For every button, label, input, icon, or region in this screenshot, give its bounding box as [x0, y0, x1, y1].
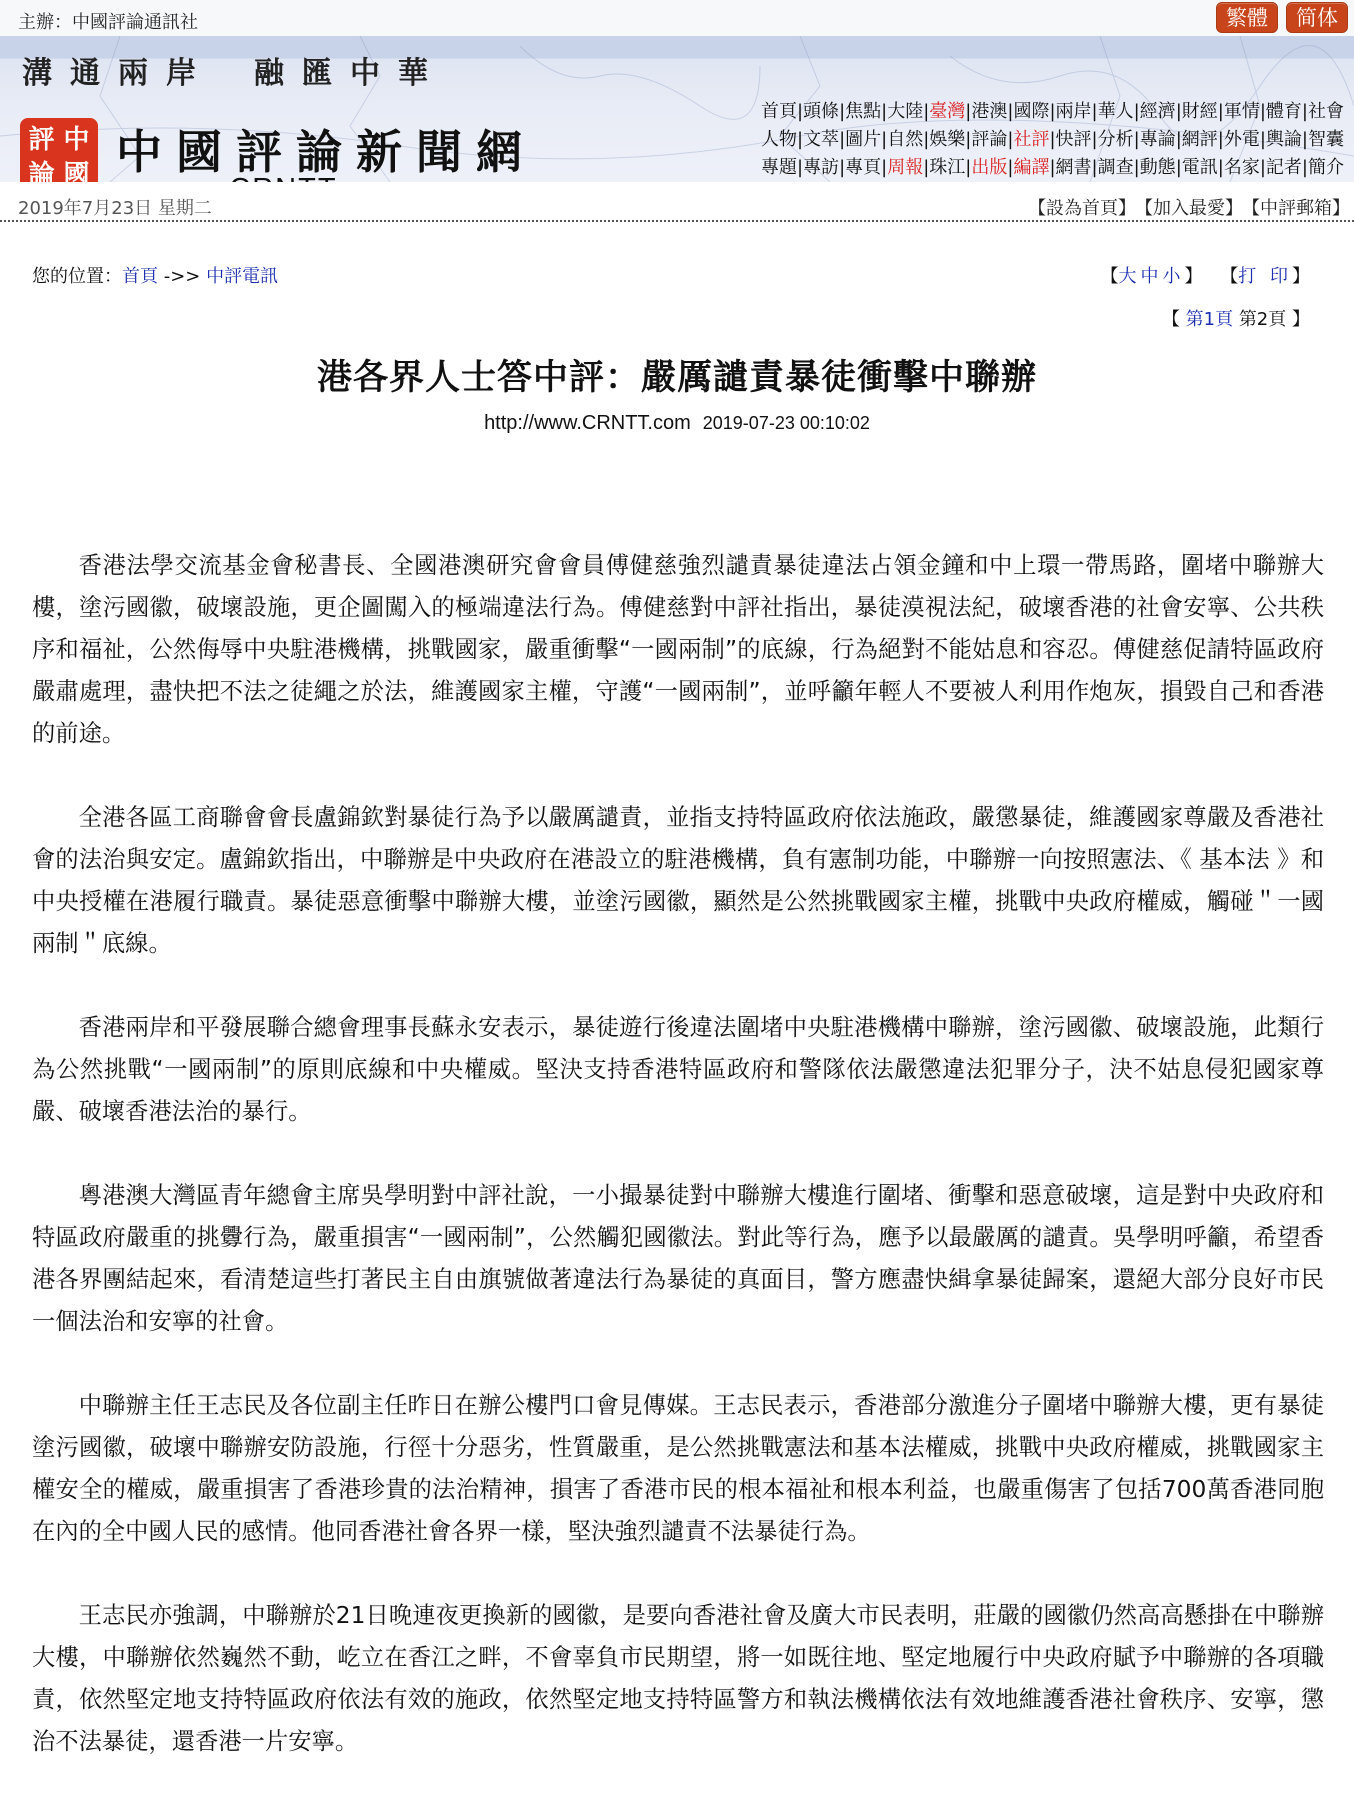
top-strip: 主辦：中國評論通訊社 繁體 简体 [0, 0, 1354, 36]
nav-link[interactable]: 周報 [887, 157, 923, 178]
article-paragraph: 粵港澳大灣區青年總會主席吳學明對中評社說，一小撮暴徒對中聯辦大樓進行圍堵、衝擊和… [32, 1175, 1324, 1343]
nav-row-3: 專題|專訪|專頁|周報|珠江|出版|編譯|網書|調查|動態|電訊|名家|記者|簡… [761, 154, 1344, 182]
nav-link[interactable]: 動態 [1140, 157, 1176, 178]
crntt-mail-link[interactable]: 【中評郵箱】 [1251, 198, 1350, 219]
nav-link[interactable]: 華人 [1098, 101, 1134, 122]
bracket: 【 [1220, 266, 1238, 287]
article-paragraph: 王志民亦強調，中聯辦於21日晚連夜更換新的國徽，是要向香港社會及廣大市民表明，莊… [32, 1595, 1324, 1763]
nav-link[interactable]: 人物 [761, 129, 797, 150]
article-meta: http://www.CRNTT.com2019-07-23 00:10:02 [0, 412, 1354, 435]
language-switcher: 繁體 简体 [1216, 2, 1348, 33]
date-bar: 2019年7月23日 星期二 【設為首頁】【加入最愛】【中評郵箱】 [0, 182, 1354, 222]
add-favorite-link[interactable]: 【加入最愛】 [1144, 198, 1243, 219]
nav-link[interactable]: 首頁 [761, 101, 797, 122]
bracket: 】 [1292, 309, 1310, 330]
font-size-large[interactable]: 大 [1119, 266, 1141, 287]
nav-link[interactable]: 調查 [1098, 157, 1134, 178]
breadcrumb-crntt-news[interactable]: 中評電訊 [206, 266, 278, 287]
seal-char: 中 [60, 123, 93, 156]
seal-char: 論 [25, 158, 58, 182]
nav-link[interactable]: 圖片 [845, 129, 881, 150]
nav-link[interactable]: 大陸 [887, 101, 923, 122]
article-body: 香港法學交流基金會秘書長、全國港澳研究會會員傅健慈強烈譴責暴徒違法占領金鐘和中上… [32, 545, 1324, 1805]
nav-row-1: 首頁|頭條|焦點|大陸|臺灣|港澳|國際|兩岸|華人|經濟|財經|軍情|體育|社… [761, 98, 1344, 126]
seal-char: 評 [25, 123, 58, 156]
breadcrumb-home[interactable]: 首頁 [122, 266, 158, 287]
nav-link[interactable]: 智囊 [1308, 129, 1344, 150]
article-timestamp: 2019-07-23 00:10:02 [703, 413, 870, 433]
nav-link[interactable]: 編譯 [1013, 157, 1049, 178]
nav-link[interactable]: 體育 [1266, 101, 1302, 122]
logo-seal-icon[interactable]: 評 中 論 國 [20, 118, 98, 182]
host-label: 主辦：中國評論通訊社 [18, 8, 198, 34]
nav-link[interactable]: 焦點 [845, 101, 881, 122]
nav-link[interactable]: 經濟 [1140, 101, 1176, 122]
font-size-group: 【大中小】 [1101, 266, 1203, 287]
nav-link[interactable]: 專題 [761, 157, 797, 178]
article-source: http://www.CRNTT.com [484, 412, 691, 434]
article-tools: 【大中小】 【打 印】 [1089, 262, 1310, 288]
slogan: 溝通兩岸融匯中華 [22, 48, 446, 92]
nav-row-2: 人物|文萃|圖片|自然|娛樂|評論|社評|快評|分析|專論|網評|外電|輿論|智… [761, 126, 1344, 154]
seal-char: 國 [60, 158, 93, 182]
nav-link[interactable]: 國際 [1013, 101, 1049, 122]
page-1-link[interactable]: 第1頁 [1186, 309, 1233, 330]
font-size-medium[interactable]: 中 [1141, 266, 1163, 287]
breadcrumb-prefix: 您的位置： [32, 266, 122, 287]
nav-link[interactable]: 兩岸 [1056, 101, 1092, 122]
nav-link[interactable]: 社會 [1308, 101, 1344, 122]
pagination: 【 第1頁 第2頁 】 [1162, 305, 1310, 331]
nav-link[interactable]: 港澳 [971, 101, 1007, 122]
nav-link[interactable]: 娛樂 [929, 129, 965, 150]
bracket: 【 [1162, 309, 1180, 330]
nav-link[interactable]: 專頁 [845, 157, 881, 178]
breadcrumb: 您的位置：首頁 ->> 中評電訊 [32, 262, 278, 288]
nav-link[interactable]: 軍情 [1224, 101, 1260, 122]
nav-link[interactable]: 頭條 [803, 101, 839, 122]
set-homepage-link[interactable]: 【設為首頁】 [1028, 198, 1136, 219]
nav-link[interactable]: 簡介 [1308, 157, 1344, 178]
print-group: 【打 印】 [1220, 266, 1310, 287]
nav-link[interactable]: 珠江 [929, 157, 965, 178]
nav-link[interactable]: 輿論 [1266, 129, 1302, 150]
site-banner: 溝通兩岸融匯中華 評 中 論 國 中國評論新聞網 www.CRNTT.com 首… [0, 36, 1354, 182]
nav-link[interactable]: 文萃 [803, 129, 839, 150]
main-nav: 首頁|頭條|焦點|大陸|臺灣|港澳|國際|兩岸|華人|經濟|財經|軍情|體育|社… [761, 98, 1344, 182]
nav-link[interactable]: 記者 [1266, 157, 1302, 178]
breadcrumb-separator: ->> [164, 266, 201, 287]
article-title: 港各界人士答中評：嚴厲譴責暴徒衝擊中聯辦 [0, 350, 1354, 400]
nav-link[interactable]: 網評 [1182, 129, 1218, 150]
nav-link[interactable]: 社評 [1013, 129, 1049, 150]
nav-link[interactable]: 出版 [971, 157, 1007, 178]
nav-link[interactable]: 專論 [1140, 129, 1176, 150]
article-paragraph: 香港兩岸和平發展聯合總會理事長蘇永安表示，暴徒遊行後違法圍堵中央駐港機構中聯辦，… [32, 1007, 1324, 1133]
nav-link[interactable]: 名家 [1224, 157, 1260, 178]
nav-link[interactable]: 電訊 [1182, 157, 1218, 178]
nav-link[interactable]: 評論 [971, 129, 1007, 150]
article-paragraph: 香港法學交流基金會秘書長、全國港澳研究會會員傅健慈強烈譴責暴徒違法占領金鐘和中上… [32, 545, 1324, 755]
article-paragraph: 中聯辦主任王志民及各位副主任昨日在辦公樓門口會見傳媒。王志民表示，香港部分激進分… [32, 1385, 1324, 1553]
article-paragraph: 全港各區工商聯會會長盧錦欽對暴徒行為予以嚴厲譴責，並指支持特區政府依法施政，嚴懲… [32, 797, 1324, 965]
page-2-link[interactable]: 第2頁 [1239, 309, 1286, 330]
nav-link[interactable]: 臺灣 [929, 101, 965, 122]
nav-link[interactable]: 外電 [1224, 129, 1260, 150]
nav-link[interactable]: 財經 [1182, 101, 1218, 122]
nav-link[interactable]: 自然 [887, 129, 923, 150]
slogan-left: 溝通兩岸 [22, 56, 214, 91]
print-button[interactable]: 打 印 [1238, 266, 1292, 287]
bracket: 】 [1292, 266, 1310, 287]
site-url: www.CRNTT.com [152, 173, 405, 182]
nav-link[interactable]: 快評 [1056, 129, 1092, 150]
font-size-small[interactable]: 小 [1163, 266, 1185, 287]
nav-link[interactable]: 專訪 [803, 157, 839, 178]
current-date: 2019年7月23日 星期二 [18, 194, 212, 220]
nav-link[interactable]: 網書 [1056, 157, 1092, 178]
traditional-chinese-button[interactable]: 繁體 [1216, 2, 1278, 33]
utility-links: 【設為首頁】【加入最愛】【中評郵箱】 [1020, 194, 1350, 220]
slogan-right: 融匯中華 [254, 56, 446, 91]
nav-link[interactable]: 分析 [1098, 129, 1134, 150]
bracket: 】 [1185, 266, 1203, 287]
simplified-chinese-button[interactable]: 简体 [1286, 2, 1348, 33]
bracket: 【 [1101, 266, 1119, 287]
